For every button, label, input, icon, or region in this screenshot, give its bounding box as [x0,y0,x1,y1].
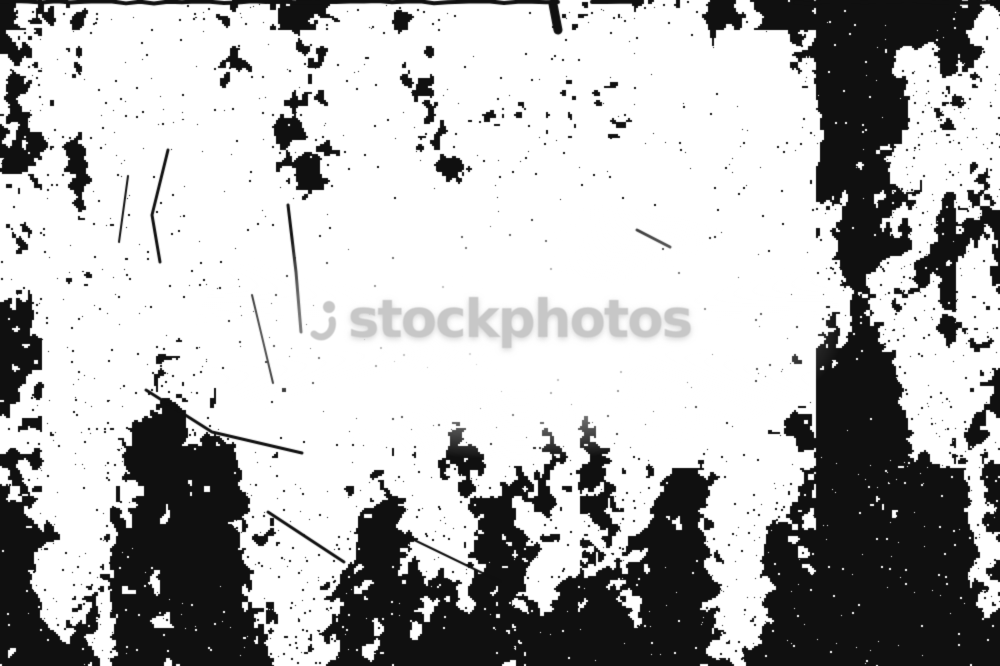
grunge-texture-canvas [0,0,1000,666]
grunge-texture-image: stockphotos [0,0,1000,666]
